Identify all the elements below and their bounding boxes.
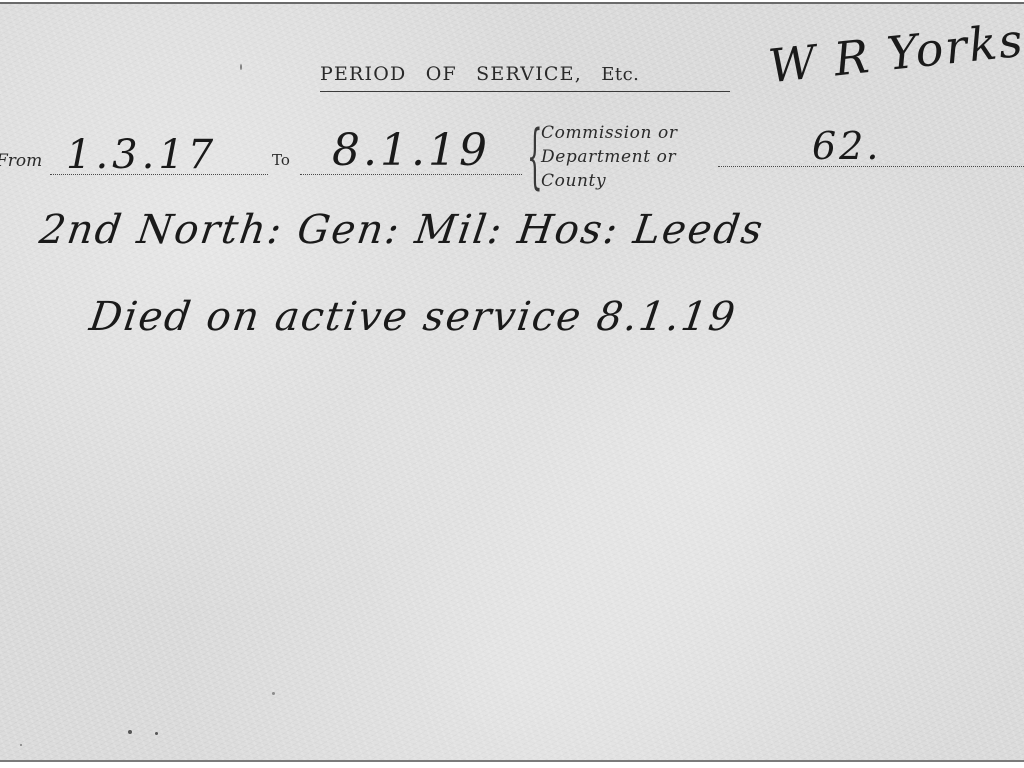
to-date: 8.1.19 [332,125,490,176]
heading-word: OF [426,63,457,85]
death-remark: Died on active service 8.1.19 [87,294,740,340]
heading-underline [320,91,730,92]
heading-word: PERIOD [320,63,406,85]
department-label: Commission or Department or County [541,121,678,193]
paper-speck [240,64,242,70]
paper-speck [155,732,158,735]
department-label-line: Commission or [541,121,678,145]
heading-etc: Etc. [601,64,639,85]
unit-remark: 2nd North: Gen: Mil: Hos: Leeds [37,207,767,253]
service-record-card: PERIOD OF SERVICE, Etc. W R Yorks From 1… [0,2,1024,762]
to-label: To [272,151,290,169]
paper-speck [128,730,132,734]
county-handwritten: W R Yorks [766,13,1024,94]
paper-speck [20,744,22,746]
heading-word: SERVICE, [476,63,582,85]
card-heading: PERIOD OF SERVICE, Etc. [320,63,639,85]
department-value: 62. [812,124,881,168]
from-date: 1.3.17 [66,132,217,178]
department-label-line: County [541,169,678,193]
department-label-line: Department or [541,145,678,169]
from-label: From [0,151,42,171]
paper-speck [272,692,275,695]
